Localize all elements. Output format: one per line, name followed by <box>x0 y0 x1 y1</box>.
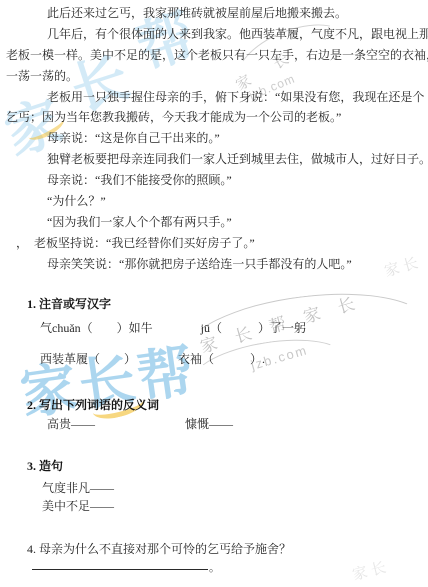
question-3-title: 3. 造句 <box>27 457 63 474</box>
passage-line: “为什么？” <box>0 191 428 212</box>
passage-line: 老板一模一样。美中不足的是，这个老板只有一只左手，右边是一条空空的衣袖， <box>0 45 428 66</box>
passage-line: “因为我们一家人个个都有两只手。” <box>0 212 428 233</box>
passage-line: 一荡一荡的。 <box>0 66 428 87</box>
answer-end-mark: 。 <box>209 559 220 575</box>
question-2-title: 2. 写出下列词语的反义词 <box>27 396 159 413</box>
antonym-item: 高贵—— <box>47 415 95 432</box>
question-1-title: 1. 注音或写汉字 <box>27 295 111 312</box>
question-1-pinyin-row: 西装革履（ ） 衣袖（ ）. <box>40 350 265 367</box>
passage-line: 母亲笑笑说：“那你就把房子送给连一只手都没有的人吧。” <box>0 254 428 275</box>
question-1-pinyin-row: 气chuǎn（ ）如牛 jū（ ）了一躬 <box>40 319 306 336</box>
passage-line: 几年后，有个很体面的人来到我家。他西装革履，气度不凡，跟电视上那些 <box>0 24 428 45</box>
passage-line: 此后还来过乞丐，我家那堆砖就被屋前屋后地搬来搬去。 <box>0 3 428 24</box>
passage-line: 老板用一只独手握住母亲的手，俯下身说：“如果没有您，我现在还是个 <box>0 87 428 108</box>
passage-line: 乞丐；因为当年您教我搬砖，今天我才能成为一个公司的老板。” <box>0 107 428 128</box>
sentence-phrase-item: 美中不足—— <box>42 497 114 514</box>
passage-line: 母亲说：“我们不能接受你的照顾。” <box>0 170 428 191</box>
passage-line: 独臂老板要把母亲连同我们一家人迁到城里去住，做城市人，过好日子。 <box>0 149 428 170</box>
answer-blank-line <box>32 556 208 570</box>
passage-line: ， 老板坚持说：“我已经替你们买好房子了。” <box>0 233 428 254</box>
question-4-title: 4. 母亲为什么不直接对那个可怜的乞丐给予施舍？ <box>27 540 291 557</box>
sentence-phrase-item: 气度非凡—— <box>42 479 114 496</box>
reading-passage: 此后还来过乞丐，我家那堆砖就被屋前屋后地搬来搬去。 几年后，有个很体面的人来到我… <box>0 3 428 275</box>
antonym-item: 慷慨—— <box>185 415 233 432</box>
passage-line: 母亲说：“这是你自己干出来的。” <box>0 128 428 149</box>
worksheet-page: 家 长 帮 家长帮 家 长 帮 家 长 jzb.com 家 长 jzb.com … <box>0 0 428 587</box>
worksheet-content: 此后还来过乞丐，我家那堆砖就被屋前屋后地搬来搬去。 几年后，有个很体面的人来到我… <box>0 0 428 587</box>
